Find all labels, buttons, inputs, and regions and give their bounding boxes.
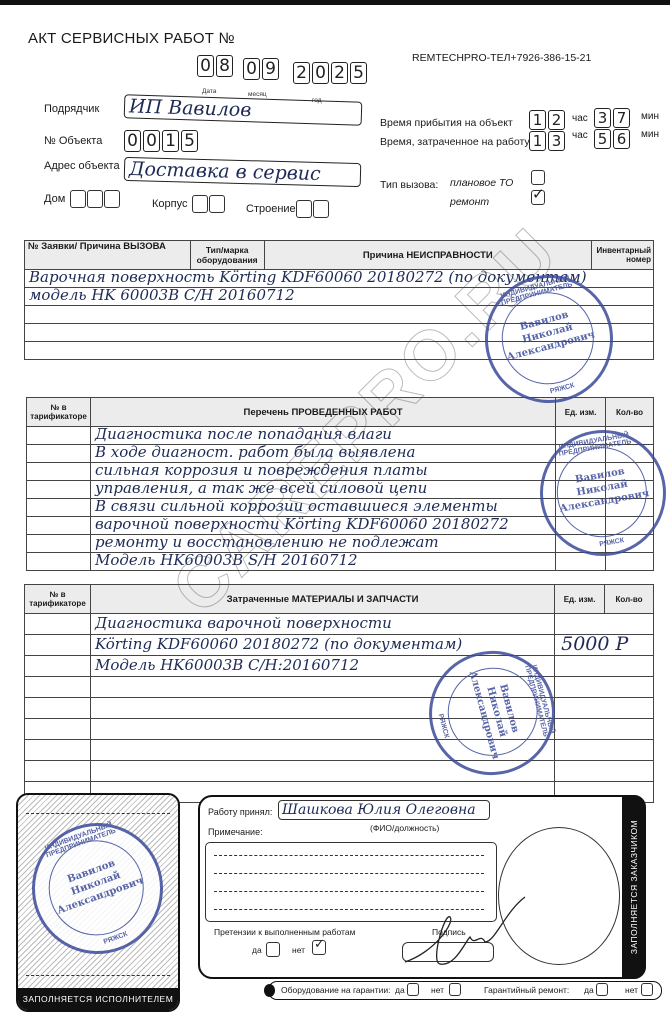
date-year[interactable]: 2025 <box>293 62 369 84</box>
tariff-cell[interactable] <box>27 553 91 571</box>
work-cell[interactable]: варочной поверхности Körting KDF60060 20… <box>90 517 555 535</box>
tariff-cell[interactable] <box>25 656 91 677</box>
building-field[interactable] <box>296 200 330 218</box>
repair-no-label: нет <box>625 985 638 995</box>
contractor-label: Подрядчик <box>44 103 99 115</box>
unit-cell[interactable] <box>555 761 654 782</box>
handwritten-text: Диагностика варочной поверхности <box>95 614 392 632</box>
accepted-by-field[interactable]: Шашкова Юлия Олеговна <box>278 800 490 820</box>
checkmark-icon: ✓ <box>314 936 325 952</box>
warranty-no-label: нет <box>431 985 444 995</box>
digit: 0 <box>197 55 214 77</box>
digit: 1 <box>529 131 546 151</box>
column-header: № в тарификаторе <box>27 398 91 427</box>
hours-unit: час <box>572 130 588 141</box>
call-type-label: Тип вызова: <box>380 179 438 191</box>
table-row <box>25 761 654 782</box>
repair-yes-label: да <box>584 985 594 995</box>
unit-cell[interactable] <box>555 740 654 761</box>
materials-table: № в тарификаторе Затраченные МАТЕРИАЛЫ И… <box>24 584 654 803</box>
fio-caption: (ФИО/должность) <box>370 823 439 833</box>
customer-panel: Работу принял: Шашкова Юлия Олеговна (ФИ… <box>198 795 646 979</box>
unit-cell[interactable] <box>555 656 654 677</box>
tariff-cell[interactable] <box>25 635 91 656</box>
date-day[interactable]: 08 <box>197 55 235 77</box>
warranty-strip: Оборудование на гарантии: да нет Гаранти… <box>268 981 662 1000</box>
table-row: Модель HK60003B C/H:20160712 <box>25 656 654 677</box>
arrival-hours-field[interactable]: 12 <box>529 110 567 130</box>
unit-cell[interactable] <box>555 719 654 740</box>
korpus-field[interactable] <box>192 195 226 213</box>
tariff-cell[interactable] <box>25 761 91 782</box>
table-row: Диагностика варочной поверхности <box>25 614 654 635</box>
column-header: Кол-во <box>605 585 654 614</box>
building-label: Строение <box>246 203 296 215</box>
call-type-planned-label: плановое ТО <box>450 177 513 189</box>
work-minutes-field[interactable]: 56 <box>594 129 632 149</box>
handwritten-text: модель HK 60003B C/H 20160712 <box>29 286 295 304</box>
minutes-unit: мин <box>641 129 659 140</box>
digit: 6 <box>613 129 630 149</box>
digit: 1 <box>162 130 179 152</box>
accepted-by-value: Шашкова Юлия Олеговна <box>279 801 489 819</box>
tariff-cell[interactable] <box>25 614 91 635</box>
digit: 5 <box>181 130 198 152</box>
tariff-cell[interactable] <box>27 517 91 535</box>
warranty-yes-checkbox[interactable] <box>407 983 419 996</box>
digit: 5 <box>350 62 367 84</box>
digit: 2 <box>293 62 310 84</box>
customer-band: ЗАПОЛНЯЕТСЯ ЗАКАЗЧИКОМ <box>622 795 646 979</box>
repair-no-checkbox[interactable] <box>641 983 653 996</box>
call-type-repair-label: ремонт <box>450 196 489 208</box>
digit: 3 <box>548 131 565 151</box>
checkmark-icon: ✓ <box>532 185 545 203</box>
tariff-cell[interactable] <box>27 463 91 481</box>
claims-yes-checkbox[interactable] <box>266 941 280 959</box>
column-header: Тип/марка оборудования <box>190 241 264 270</box>
handwritten-text: Körting KDF60060 20180272 (по документам… <box>95 635 462 653</box>
tariff-cell[interactable] <box>25 719 91 740</box>
digit: 0 <box>143 130 160 152</box>
unit-cell[interactable] <box>555 677 654 698</box>
digit: 0 <box>124 130 141 152</box>
tariff-cell[interactable] <box>27 535 91 553</box>
house-label: Дом <box>44 193 65 205</box>
table-row <box>25 677 654 698</box>
house-field[interactable] <box>70 190 121 208</box>
table-row: Körting KDF60060 20180272 (по документам… <box>25 635 654 656</box>
contractor-field[interactable]: ИП Вавилов <box>124 94 363 125</box>
minutes-unit: мин <box>641 111 659 122</box>
digit: 7 <box>613 108 630 128</box>
table-row <box>25 719 654 740</box>
column-header: Кол-во <box>606 398 654 427</box>
unit-cell[interactable] <box>555 698 654 719</box>
digit: 2 <box>331 62 348 84</box>
repair-yes-checkbox[interactable] <box>596 983 608 996</box>
seal-stamp: ИНДИВИДУАЛЬНЫЙ ПРЕДПРИНИМАТЕЛЬ ВавиловНи… <box>16 805 180 973</box>
object-number-field[interactable]: 0015 <box>124 130 200 152</box>
accepted-by-label: Работу принял: <box>208 807 272 817</box>
column-header: Ед. изм. <box>555 585 605 614</box>
warranty-no-checkbox[interactable] <box>449 983 461 996</box>
object-number-label: № Объекта <box>44 135 102 147</box>
arrival-time-label: Время прибытия на объект <box>380 117 513 129</box>
table-row <box>25 698 654 719</box>
column-header: Затраченные МАТЕРИАЛЫ И ЗАПЧАСТИ <box>90 585 554 614</box>
hours-unit: час <box>572 113 588 124</box>
address-label: Адрес объекта <box>44 160 120 172</box>
date-month[interactable]: 09 <box>243 58 281 80</box>
claims-no-label: нет <box>292 945 305 955</box>
claims-label: Претензии к выполненным работам <box>214 927 355 937</box>
handwritten-text: 5000 Р <box>561 633 628 655</box>
date-month-label: месяц <box>248 91 267 98</box>
arrival-minutes-field[interactable]: 37 <box>594 108 632 128</box>
tariff-cell[interactable] <box>25 740 91 761</box>
photo-edge <box>0 0 670 5</box>
column-header: № в тарификаторе <box>25 585 91 614</box>
company-phone: REMTECHPRO-ТЕЛ+7926-386-15-21 <box>412 52 591 64</box>
handwritten-text: Модель HK60003B C/H:20160712 <box>95 656 359 674</box>
contractor-value: ИП Вавилов <box>125 95 362 124</box>
warranty-yes-label: да <box>395 985 405 995</box>
column-header: Ед. изм. <box>556 398 606 427</box>
material-cell[interactable]: Диагностика варочной поверхности <box>90 614 554 635</box>
address-value: Доставка в сервис <box>125 158 360 186</box>
digit: 2 <box>548 110 565 130</box>
korpus-label: Корпус <box>152 198 187 210</box>
tariff-cell[interactable] <box>27 499 91 517</box>
note-label: Примечание: <box>208 827 263 837</box>
claims-yes-label: да <box>252 945 262 955</box>
signature-icon <box>395 892 545 977</box>
executor-band-label: ЗАПОЛНЯЕТСЯ ИСПОЛНИТЕЛЕМ <box>18 988 178 1010</box>
work-cell[interactable]: ремонту и восстановлению не подлежат <box>90 535 555 553</box>
date-day-label: Дата <box>202 88 216 95</box>
tariff-cell[interactable] <box>27 481 91 499</box>
tariff-cell[interactable] <box>27 427 91 445</box>
warranty-repair-label: Гарантийный ремонт: <box>484 985 569 995</box>
claims-no-checkbox[interactable]: ✓ <box>312 939 326 957</box>
work-time-label: Время, затраченное на работу <box>380 136 530 148</box>
unit-cell[interactable] <box>555 614 654 635</box>
digit: 3 <box>594 108 611 128</box>
tariff-cell[interactable] <box>25 677 91 698</box>
executor-panel: ИНДИВИДУАЛЬНЫЙ ПРЕДПРИНИМАТЕЛЬ ВавиловНи… <box>16 793 180 1012</box>
digit: 1 <box>529 110 546 130</box>
equipment-warranty-label: Оборудование на гарантии: <box>281 985 391 995</box>
tariff-cell[interactable] <box>27 445 91 463</box>
unit-cell[interactable]: 5000 Р <box>555 635 654 656</box>
digit: 8 <box>216 55 233 77</box>
work-hours-field[interactable]: 13 <box>529 131 567 151</box>
call-type-repair-checkbox[interactable]: ✓ <box>531 189 545 207</box>
tariff-cell[interactable] <box>25 698 91 719</box>
digit: 0 <box>312 62 329 84</box>
digit: 9 <box>262 58 279 80</box>
digit: 5 <box>594 129 611 149</box>
column-header: № Заявки/ Причина ВЫЗОВА <box>25 241 191 270</box>
digit: 0 <box>243 58 260 80</box>
address-field[interactable]: Доставка в сервис <box>124 157 362 187</box>
column-header: Инвентарный номер <box>591 241 653 270</box>
document-title: АКТ СЕРВИСНЫХ РАБОТ № <box>28 30 235 47</box>
